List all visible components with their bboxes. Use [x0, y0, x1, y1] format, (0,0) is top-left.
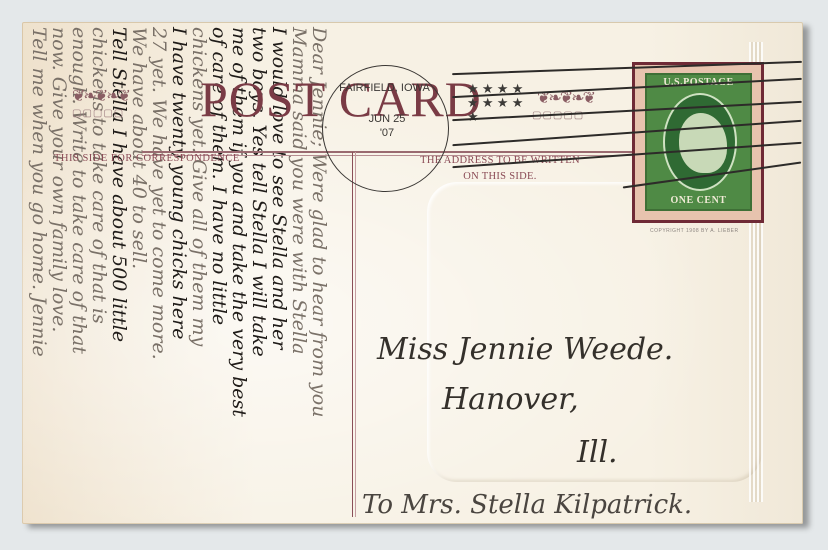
postmark-town: FAIRFIELD, IOWA — [322, 82, 447, 94]
message-line: now. Give your own family love. — [48, 27, 70, 332]
box-ornament-left: ▢▢▢▢▢ — [72, 108, 124, 119]
postmark-month-day: JUN 25 — [352, 112, 422, 126]
message-line: Tell me when you go home. Jennie — [28, 27, 50, 357]
address-city: Hanover, — [442, 382, 579, 417]
address-recipient: Miss Jennie Weede. — [377, 332, 673, 367]
center-divider — [352, 152, 353, 517]
message-line: Tell Stella I have about 500 little — [108, 27, 130, 342]
message-line: We have about 40 to sell. — [128, 27, 150, 269]
one-cent-stamp: U.S.POSTAGE ONE CENT — [645, 73, 752, 211]
message-line: I have twenty young chicks here — [168, 27, 190, 339]
address-care-of: To Mrs. Stella Kilpatrick. — [362, 490, 692, 520]
franklin-portrait-icon — [679, 113, 727, 173]
address-state: Ill. — [577, 435, 618, 470]
correspondence-label: THIS SIDE FOR CORRESPONDENCE — [54, 153, 240, 164]
postmark-date: JUN 25 '07 — [352, 112, 422, 140]
postcard: Dear Jennie; Were glad to hear from you … — [22, 22, 803, 524]
postmark-year: '07 — [352, 126, 422, 140]
laurel-ornament-left: ❦❧❦❧❦ — [72, 86, 129, 106]
copyright-note: COPYRIGHT 1908 BY A. LIEBER — [650, 228, 739, 234]
message-line: enough. Write to take care of that — [68, 27, 90, 354]
message-line: 27 yet. We have yet to come more. — [148, 27, 170, 360]
message-line: chickens to take care of that is — [88, 27, 110, 324]
stamp-bottom-text: ONE CENT — [647, 195, 750, 206]
